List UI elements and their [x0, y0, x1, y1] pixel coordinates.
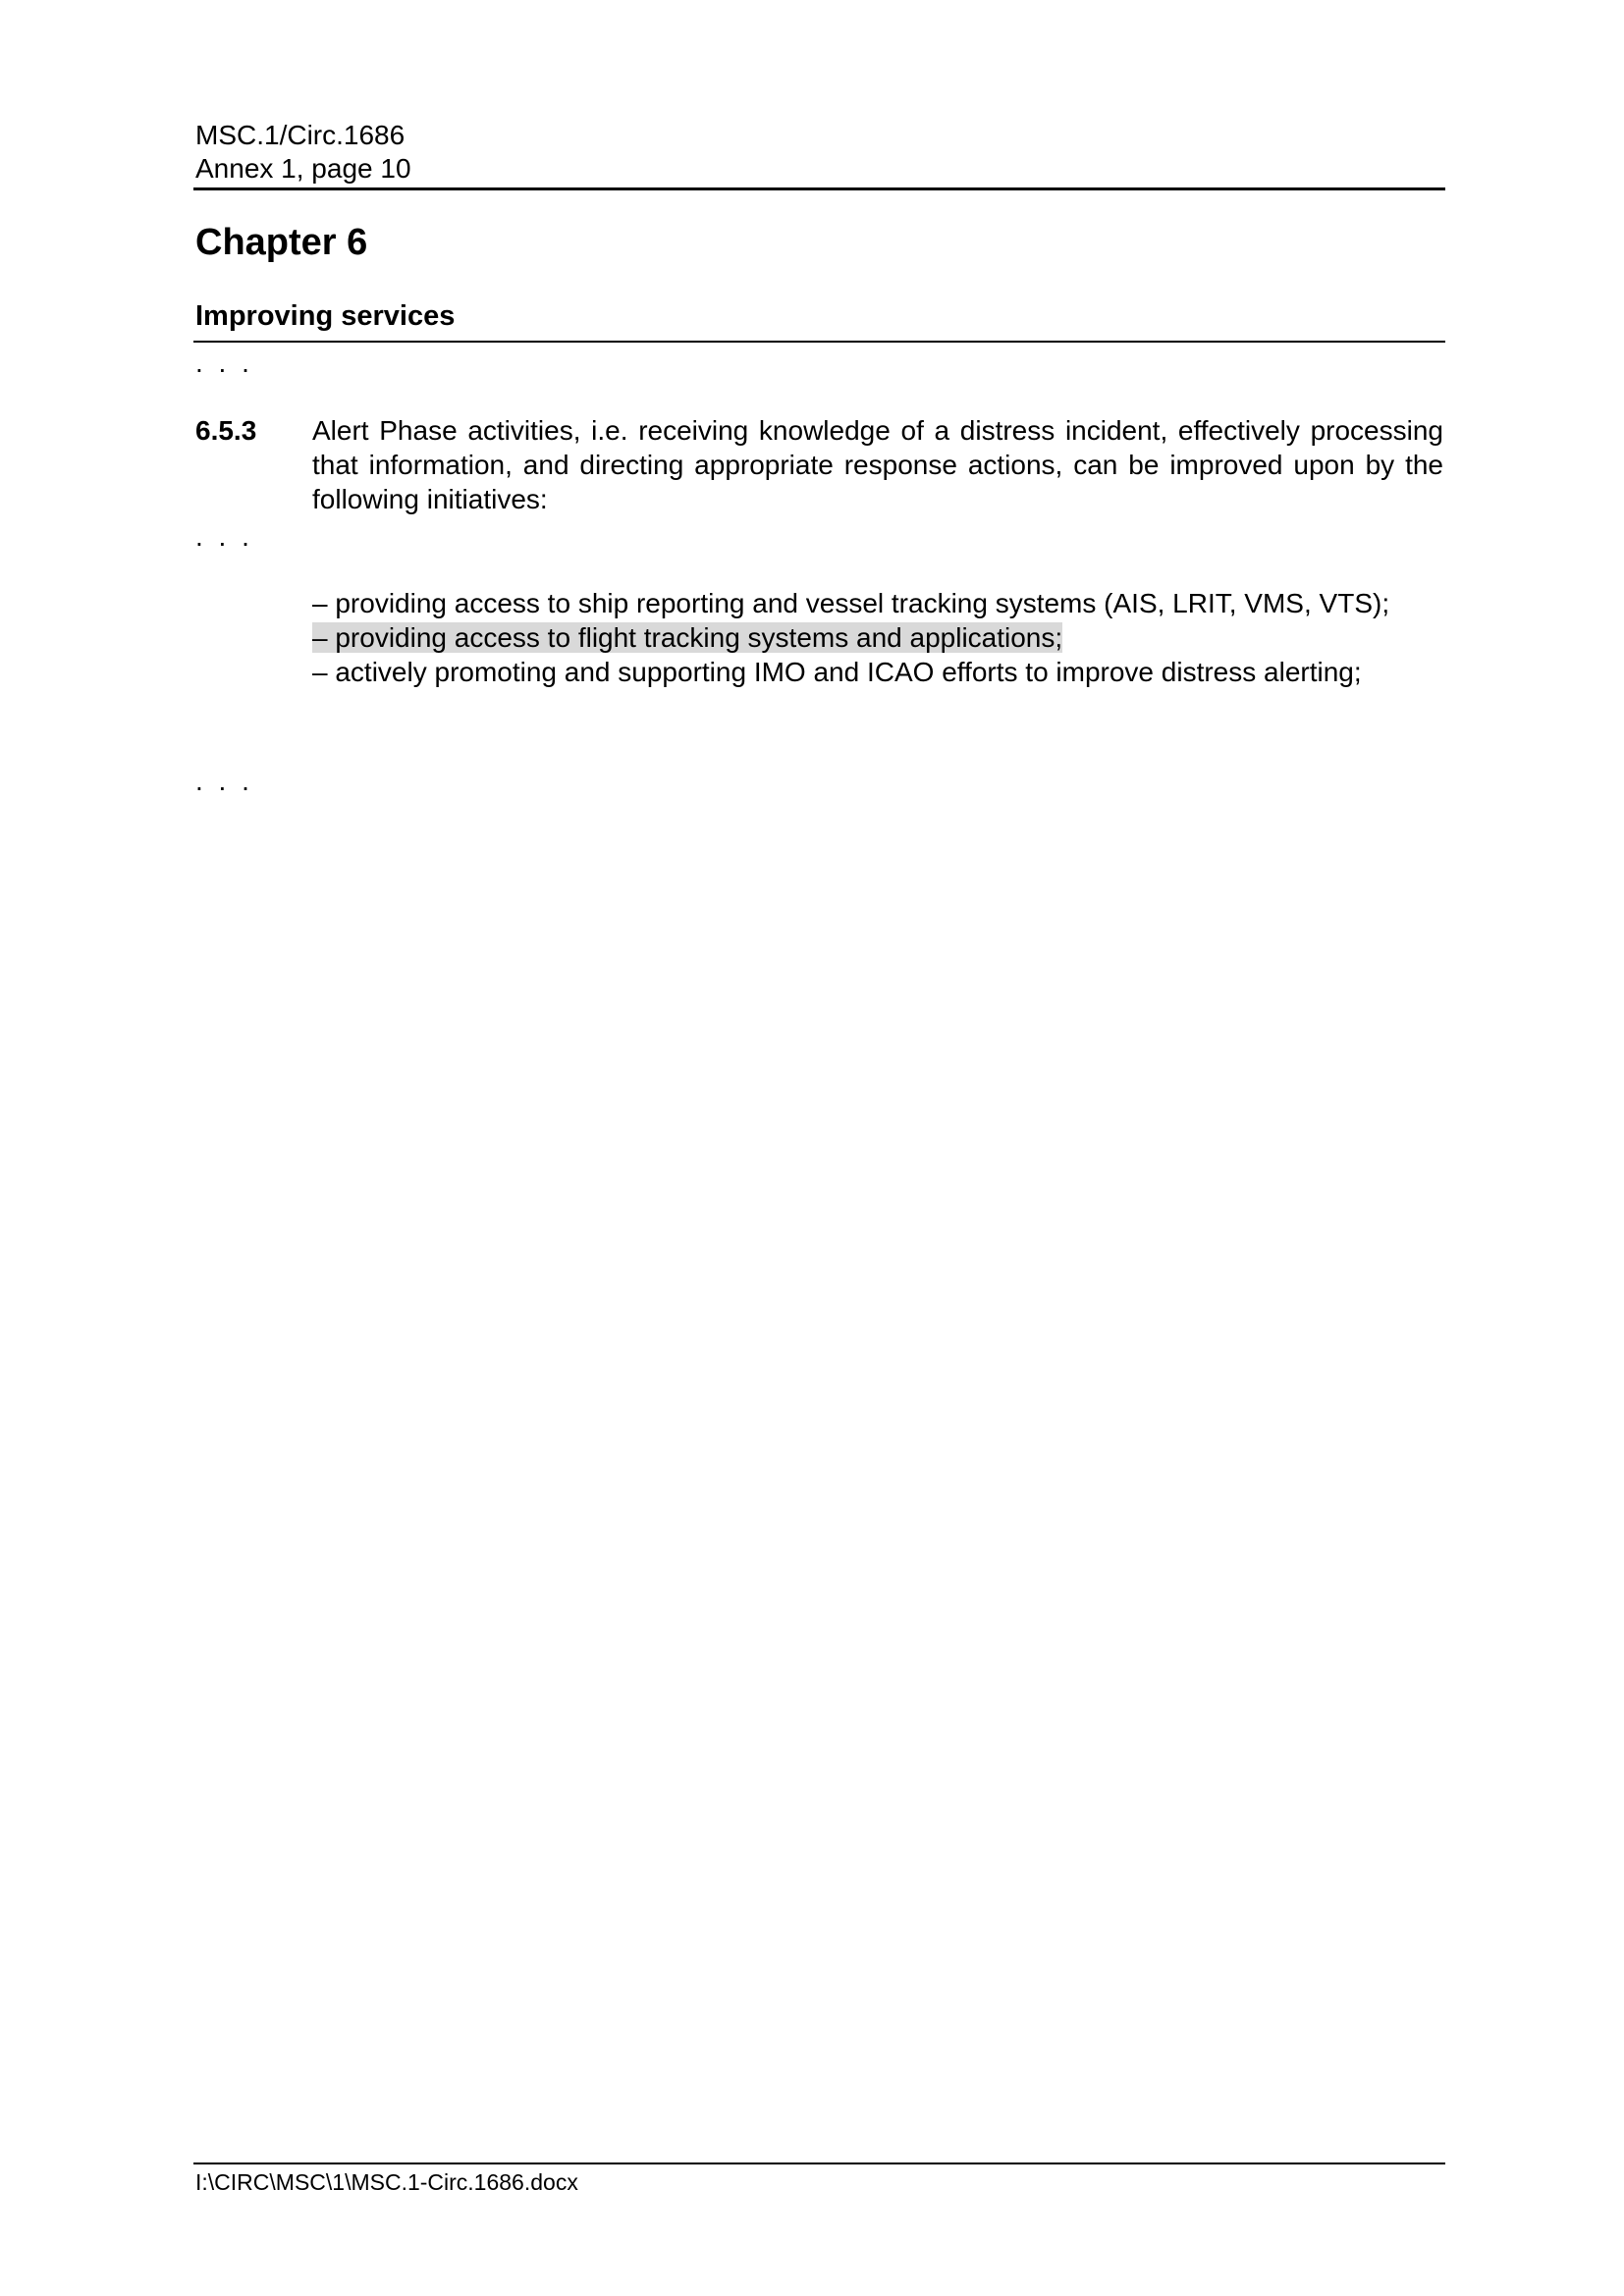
ellipsis-1: . . .: [195, 353, 253, 373]
ellipsis-2: . . .: [195, 527, 253, 547]
list-item-highlighted: – providing access to flight tracking sy…: [312, 620, 1445, 655]
file-path: I:\CIRC\MSC\1\MSC.1-Circ.1686.docx: [195, 2168, 578, 2196]
page-reference: Annex 1, page 10: [195, 152, 411, 186]
header-rule: [193, 187, 1445, 190]
initiatives-list: – providing access to ship reporting and…: [312, 586, 1445, 689]
section-heading: Improving services: [195, 300, 455, 333]
paragraph-text: Alert Phase activities, i.e. receiving k…: [312, 413, 1443, 516]
document-reference: MSC.1/Circ.1686: [195, 119, 405, 152]
ellipsis-3: . . .: [195, 772, 253, 791]
highlighted-text: – providing access to flight tracking sy…: [312, 622, 1062, 653]
footer-rule: [193, 2163, 1445, 2164]
chapter-title: Chapter 6: [195, 222, 367, 264]
list-item: – providing access to ship reporting and…: [312, 586, 1445, 620]
section-rule: [193, 341, 1445, 343]
list-item: – actively promoting and supporting IMO …: [312, 655, 1445, 689]
paragraph-number: 6.5.3: [195, 413, 256, 448]
